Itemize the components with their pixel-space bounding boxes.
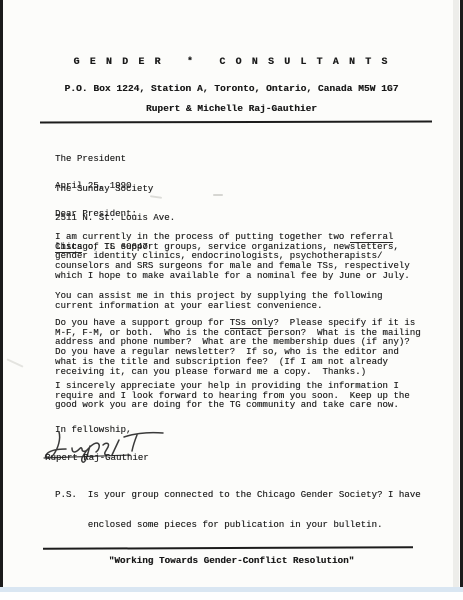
letterhead-address: P.O. Box 1224, Station A, Toronto, Ontar… [0, 83, 463, 94]
body-paragraph-3: Do you have a support group for TSs only… [55, 318, 421, 376]
footer-divider-rule [43, 546, 413, 550]
body-paragraph-2: You can assist me in this project by sup… [55, 291, 382, 310]
body-paragraph-1: I am currently in the process of putting… [55, 232, 410, 281]
letterhead-divider-rule [40, 120, 432, 123]
text-segment: good work you are doing for the TG commu… [55, 399, 399, 410]
recipient-line: The President [55, 154, 175, 164]
scanned-letter-page: G E N D E R * C O N S U L T A N T S P.O.… [0, 0, 463, 600]
postscript-block: P.S. Is your group connected to the Chic… [55, 471, 421, 549]
body-paragraph-4: I sincerely appreciate your help in prov… [55, 381, 410, 410]
text-segment: receiving it, can you please forward me … [55, 366, 366, 377]
postscript-line: P.S. Is your group connected to the Chic… [55, 490, 421, 500]
scan-smudge [213, 194, 223, 196]
postscript-line: enclosed some pieces for publication in … [55, 520, 421, 530]
letterhead-proprietors: Rupert & Michelle Raj-Gauthier [0, 103, 463, 114]
scan-smudge [6, 358, 23, 367]
letter-line: which I hope to make available for a nom… [55, 271, 410, 281]
salutation: Dear President: [55, 209, 137, 219]
letter-line: receiving it, can you please forward me … [55, 367, 421, 377]
letter-date: April 25, 1990 [55, 181, 131, 191]
typed-signature-name: Rupert Raj-Gauthier [45, 453, 149, 463]
letterhead-org-name: G E N D E R * C O N S U L T A N T S [0, 57, 463, 68]
text-segment: current information at your earliest con… [55, 300, 322, 311]
text-segment: which I hope to make available for a nom… [55, 270, 410, 281]
footer-motto: "Working Towards Gender-Conflict Resolut… [0, 555, 463, 566]
scan-edge-bottom-white [0, 592, 463, 600]
letter-line: current information at your earliest con… [55, 301, 382, 311]
letter-line: good work you are doing for the TG commu… [55, 400, 410, 410]
